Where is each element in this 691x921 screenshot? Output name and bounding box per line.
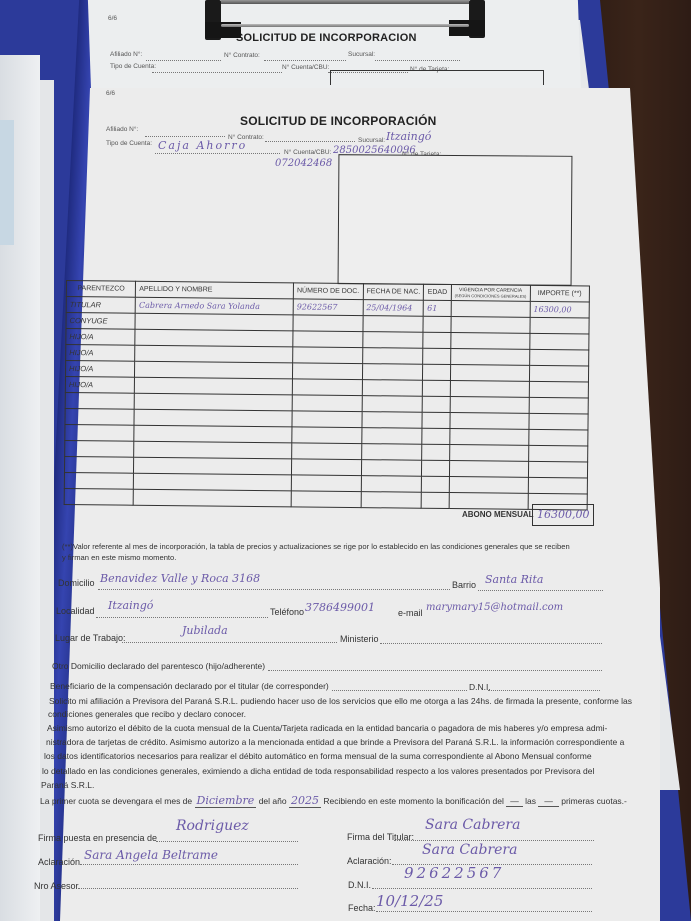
legal-paragraph-1: Solicito mi afiliación a Previsora del P… (49, 696, 632, 706)
importe-cell[interactable] (529, 429, 588, 446)
legal-paragraph-3: Asimismo autorizo el débito de la cuota … (47, 723, 607, 733)
importe-cell[interactable] (529, 397, 588, 414)
parentezco-cell (64, 456, 133, 473)
importe-cell[interactable] (530, 333, 589, 350)
parentezco-cell: TITULAR (66, 297, 135, 314)
importe-cell[interactable] (528, 477, 587, 494)
importe-cell[interactable]: 16300,00 (530, 301, 589, 318)
nombre-cell[interactable] (135, 329, 293, 347)
edad-cell[interactable]: 61 (424, 300, 451, 316)
edad-cell[interactable] (423, 348, 450, 364)
doc-cell[interactable] (292, 443, 362, 460)
left-paper-stack (0, 55, 40, 921)
trabajo-label: Lugar de Trabajo: (55, 633, 126, 643)
otro-domicilio-label: Otro Domicilio declarado del parentesco … (52, 661, 265, 671)
nombre-cell[interactable] (134, 409, 292, 427)
vigencia-cell[interactable] (450, 397, 529, 414)
header-vigencia: VIGENCIA POR CARENCIA(SEGÚN CONDICIONES … (451, 285, 530, 302)
nombre-cell[interactable] (134, 441, 292, 459)
vigencia-cell[interactable] (449, 429, 528, 446)
edad-cell[interactable] (423, 316, 450, 332)
trabajo-field[interactable]: Jubilada (182, 624, 228, 637)
parentezco-cell (65, 424, 134, 441)
nac-cell[interactable] (361, 412, 422, 429)
nombre-cell[interactable]: Cabrera Arnedo Sara Yolanda (135, 297, 293, 315)
importe-cell[interactable] (530, 317, 589, 334)
vigencia-cell[interactable] (450, 333, 529, 350)
back-cbu-label: N° Cuenta/CBU: (282, 64, 329, 71)
back-afiliado-label: Afiliado N°: (110, 51, 142, 58)
back-sucursal-label: Sucursal: (348, 51, 375, 58)
nac-cell[interactable] (362, 364, 423, 381)
legal-paragraph-2: condiciones generales que recibo y decla… (48, 709, 246, 719)
aclaracion-right-label: Aclaración: (347, 856, 392, 866)
cuota-line: La primer cuota se devengara el mes de D… (40, 794, 627, 807)
photo-box (338, 154, 573, 286)
doc-cell[interactable] (292, 363, 362, 380)
note-line-1: (**)Valor referente al mes de incorporac… (62, 542, 570, 551)
nac-cell[interactable] (362, 396, 423, 413)
vigencia-cell[interactable] (451, 317, 530, 334)
doc-cell[interactable] (291, 475, 361, 492)
email-field[interactable]: marymary15@hotmail.com (426, 602, 563, 613)
header-parentezco: PARENTEZCO (66, 281, 135, 298)
parentezco-cell (64, 472, 133, 489)
abono-mensual-field[interactable]: 16300,00 (537, 508, 590, 521)
legal-paragraph-6: lo detallado en las condiciones generale… (42, 766, 594, 776)
edad-cell[interactable] (422, 492, 449, 508)
asesor-label: Nro Asesor (34, 881, 79, 891)
importe-cell[interactable] (529, 381, 588, 398)
tipo-cuenta-label: Tipo de Cuenta: (106, 140, 152, 147)
dni-field[interactable]: 92622567 (404, 864, 504, 882)
barrio-label: Barrio (452, 580, 476, 590)
page-number: 6/6 (106, 90, 115, 97)
fecha-field[interactable]: 10/12/25 (376, 892, 443, 910)
note-line-2: y firman en este mismo momento. (62, 553, 176, 562)
edad-cell[interactable] (423, 364, 450, 380)
tipo-cuenta-field[interactable]: Caja Ahorro (158, 139, 247, 152)
bonificacion-field-1[interactable]: — (506, 796, 523, 807)
vigencia-cell[interactable] (450, 349, 529, 366)
parentezco-cell: HIJO/A (66, 329, 135, 346)
parentezco-cell: CONYUGE (66, 313, 135, 330)
parentezco-cell (65, 440, 134, 457)
abono-mensual-label: ABONO MENSUAL (462, 510, 534, 519)
header-doc: NÚMERO DE DOC. (293, 283, 363, 300)
nombre-cell[interactable] (134, 473, 292, 491)
vigencia-cell[interactable] (449, 445, 528, 462)
back-photo-box (330, 70, 544, 85)
back-contrato-label: N° Contrato: (224, 52, 260, 59)
telefono-field[interactable]: 3786499001 (305, 601, 375, 614)
vigencia-cell[interactable] (450, 381, 529, 398)
doc-cell[interactable] (292, 395, 362, 412)
sucursal-field[interactable]: Itzaingó (386, 130, 431, 143)
nombre-cell[interactable] (134, 457, 292, 475)
doc-cell[interactable] (293, 315, 363, 332)
nombre-cell[interactable] (135, 345, 293, 363)
bonificacion-field-2[interactable]: — (538, 796, 559, 807)
nombre-cell[interactable] (135, 377, 293, 395)
clipboard-clip (205, 0, 485, 40)
vigencia-cell[interactable] (450, 365, 529, 382)
cuota-anio-field[interactable]: 2025 (289, 794, 321, 808)
presencia-label: Firma puesta en presencia de (38, 833, 157, 843)
parentezco-cell (65, 408, 134, 425)
vigencia-cell[interactable] (451, 301, 530, 318)
nombre-cell[interactable] (134, 425, 292, 443)
importe-cell[interactable] (529, 413, 588, 430)
presencia-signature[interactable]: Rodriguez (176, 818, 249, 834)
doc-cell[interactable] (292, 427, 362, 444)
nac-cell[interactable] (361, 492, 422, 509)
nombre-cell[interactable] (135, 361, 293, 379)
vigencia-cell[interactable] (450, 413, 529, 430)
nac-cell[interactable] (362, 332, 423, 349)
edad-cell[interactable] (423, 396, 450, 412)
legal-paragraph-5: los datos identificatorios necesarios pa… (44, 751, 592, 761)
edad-cell[interactable] (422, 428, 449, 444)
edad-cell[interactable] (423, 332, 450, 348)
edad-cell[interactable] (422, 476, 449, 492)
header-nac: FECHA DE NAC. (363, 284, 424, 301)
form-title: SOLICITUD DE INCORPORACIÓN (240, 114, 437, 128)
doc-cell[interactable] (291, 491, 361, 508)
nac-cell[interactable] (361, 476, 422, 493)
doc-cell[interactable] (293, 347, 363, 364)
edad-cell[interactable] (422, 460, 449, 476)
importe-cell[interactable] (529, 365, 588, 382)
nombre-cell[interactable] (133, 489, 291, 507)
importe-cell[interactable] (529, 349, 588, 366)
vigencia-cell[interactable] (449, 493, 528, 510)
aclaracion-left-label: Aclaración (38, 857, 80, 867)
localidad-field[interactable]: Itzaingó (108, 599, 153, 612)
back-tipo-cuenta-label: Tipo de Cuenta: (110, 63, 156, 70)
localidad-label: Localidad (56, 606, 95, 616)
dni-label: D.N.I. (348, 880, 371, 890)
back-page-number: 6/6 (108, 15, 117, 22)
nac-cell[interactable] (361, 444, 422, 461)
nac-cell[interactable] (362, 316, 423, 333)
nac-cell[interactable] (362, 348, 423, 365)
nac-cell[interactable]: 25/04/1964 (363, 300, 424, 317)
header-edad: EDAD (424, 284, 451, 300)
legal-paragraph-7: Paraná S.R.L. (41, 780, 94, 790)
nombre-cell[interactable] (135, 313, 293, 331)
afiliado-label: Afiliado N°: (106, 126, 138, 133)
doc-cell[interactable] (292, 411, 362, 428)
doc-cell[interactable]: 92622567 (293, 299, 363, 316)
header-importe: IMPORTE (**) (530, 285, 589, 302)
parentezco-cell: HIJO/A (65, 361, 134, 378)
telefono-label: Teléfono (270, 607, 304, 617)
vigencia-cell[interactable] (449, 461, 528, 478)
ministerio-label: Ministerio (340, 634, 379, 644)
legal-paragraph-4: nistradora de tarjetas de crédito. Asimi… (46, 737, 624, 747)
doc-cell[interactable] (291, 459, 361, 476)
domicilio-label: Domicilio (58, 578, 95, 588)
edad-cell[interactable] (422, 444, 449, 460)
doc-cell[interactable] (293, 331, 363, 348)
barrio-field[interactable]: Santa Rita (485, 573, 543, 586)
nombre-cell[interactable] (134, 393, 292, 411)
beneficiario-label: Beneficiario de la compensación declarad… (50, 681, 329, 691)
vigencia-cell[interactable] (449, 477, 528, 494)
parentezco-cell (64, 488, 133, 505)
nac-cell[interactable] (361, 428, 422, 445)
fecha-label: Fecha: (348, 903, 376, 913)
titular-signature[interactable]: Sara Cabrera (425, 817, 520, 833)
header-nombre: APELLIDO Y NOMBRE (136, 281, 294, 299)
domicilio-field[interactable]: Benavidez Valle y Roca 3168 (100, 572, 260, 585)
edad-cell[interactable] (422, 412, 449, 428)
email-label: e-mail (398, 608, 423, 618)
parentezco-cell (65, 392, 134, 409)
edad-cell[interactable] (423, 380, 450, 396)
cuota-mes-field[interactable]: Diciembre (195, 794, 257, 808)
sucursal-label: Sucursal: (358, 137, 385, 144)
nac-cell[interactable] (361, 460, 422, 477)
importe-cell[interactable] (528, 461, 587, 478)
parentezco-cell: HIJO/A (66, 345, 135, 362)
aclaracion-left-field[interactable]: Sara Angela Beltrame (84, 848, 218, 862)
parentezco-cell: HIJO/A (65, 376, 134, 393)
cuenta-cbu-field-2[interactable]: 072042468 (275, 158, 332, 169)
nac-cell[interactable] (362, 380, 423, 397)
importe-cell[interactable] (528, 445, 587, 462)
members-table: PARENTEZCO APELLIDO Y NOMBRE NÚMERO DE D… (64, 280, 590, 510)
cuenta-cbu-label: N° Cuenta/CBU: (284, 149, 331, 156)
aclaracion-right-field[interactable]: Sara Cabrera (422, 842, 517, 858)
doc-cell[interactable] (292, 379, 362, 396)
